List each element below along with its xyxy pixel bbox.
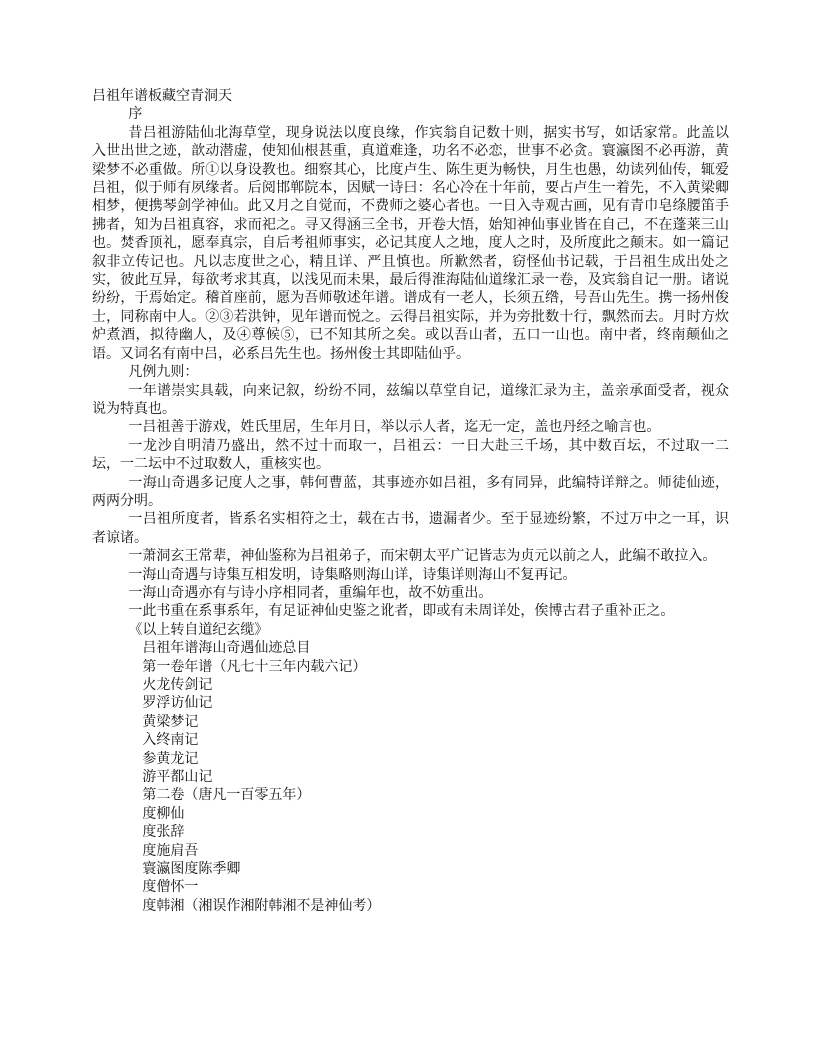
document-title: 吕祖年谱板藏空青洞天: [92, 88, 729, 106]
catalog-line: 游平都山记: [92, 769, 729, 787]
fanli-item: 一海山奇遇与诗集互相发明，诗集略则海山详，诗集详则海山不复再记。: [92, 567, 729, 585]
catalog-line: 度张辞: [92, 824, 729, 842]
fanli-item: 一萧洞玄王常辈，神仙鉴称为吕祖弟子，而宋朝太平广记皆志为贞元以前之人，此编不敢拉…: [92, 548, 729, 566]
fanli-item: 一吕祖善于游戏，姓氏里居，生年月日，举以示人者，迄无一定，盖也丹经之喻言也。: [92, 419, 729, 437]
source-note: 《以上转自道纪玄缆》: [92, 622, 729, 640]
catalog-line: 火龙传剑记: [92, 677, 729, 695]
catalog-line: 黄梁梦记: [92, 714, 729, 732]
document-page: 吕祖年谱板藏空青洞天 序 昔吕祖游陆仙北海草堂，现身说法以度良缘，作宾翁自记数十…: [0, 0, 816, 1056]
fanli-item: 一年谱崇实具载，向来记叙，纷纷不同，兹编以草堂自记，道缘汇录为主，盖亲承面受者，…: [92, 383, 729, 420]
catalog-line: 罗浮访仙记: [92, 695, 729, 713]
catalog-line: 参黄龙记: [92, 751, 729, 769]
catalog-line: 寰瀛图度陈季卿: [92, 861, 729, 879]
fanli-item: 一龙沙自明清乃盛出，然不过十而取一，吕祖云：一日大赴三千场，其中数百坛，不过取一…: [92, 438, 729, 475]
fanli-item: 一此书重在系事系年，有足证神仙史鉴之讹者，即或有未周详处，俟博古君子重补正之。: [92, 603, 729, 621]
catalog-line: 度韩湘（湘误作湘附韩湘不是神仙考）: [92, 898, 729, 916]
fanli-item: 一海山奇遇多记度人之事，韩何曹蓝，其事迹亦如吕祖，多有同异，此编特详辩之。师徒仙…: [92, 475, 729, 512]
preface-paragraph: 昔吕祖游陆仙北海草堂，现身说法以度良缘，作宾翁自记数十则，据实书写，如话家常。此…: [92, 125, 729, 364]
text-block: 吕祖年谱板藏空青洞天 序 昔吕祖游陆仙北海草堂，现身说法以度良缘，作宾翁自记数十…: [92, 88, 729, 916]
fanli-heading: 凡例九则：: [92, 364, 729, 382]
catalog-line: 入终南记: [92, 732, 729, 750]
catalog-title: 吕祖年谱海山奇遇仙迹总目: [92, 640, 729, 658]
catalog-line: 第一卷年谱（凡七十三年内载六记）: [92, 659, 729, 677]
fanli-item: 一吕祖所度者，皆系名实相符之士，载在古书，遗漏者少。至于显迹纷繁，不过万中之一耳…: [92, 511, 729, 548]
catalog-line: 度僧怀一: [92, 879, 729, 897]
catalog-line: 度柳仙: [92, 806, 729, 824]
catalog-line: 度施肩吾: [92, 843, 729, 861]
section-heading-xu: 序: [92, 106, 729, 124]
fanli-item: 一海山奇遇亦有与诗小序相同者，重编年也，故不妨重出。: [92, 585, 729, 603]
catalog-line: 第二卷（唐凡一百零五年）: [92, 787, 729, 805]
